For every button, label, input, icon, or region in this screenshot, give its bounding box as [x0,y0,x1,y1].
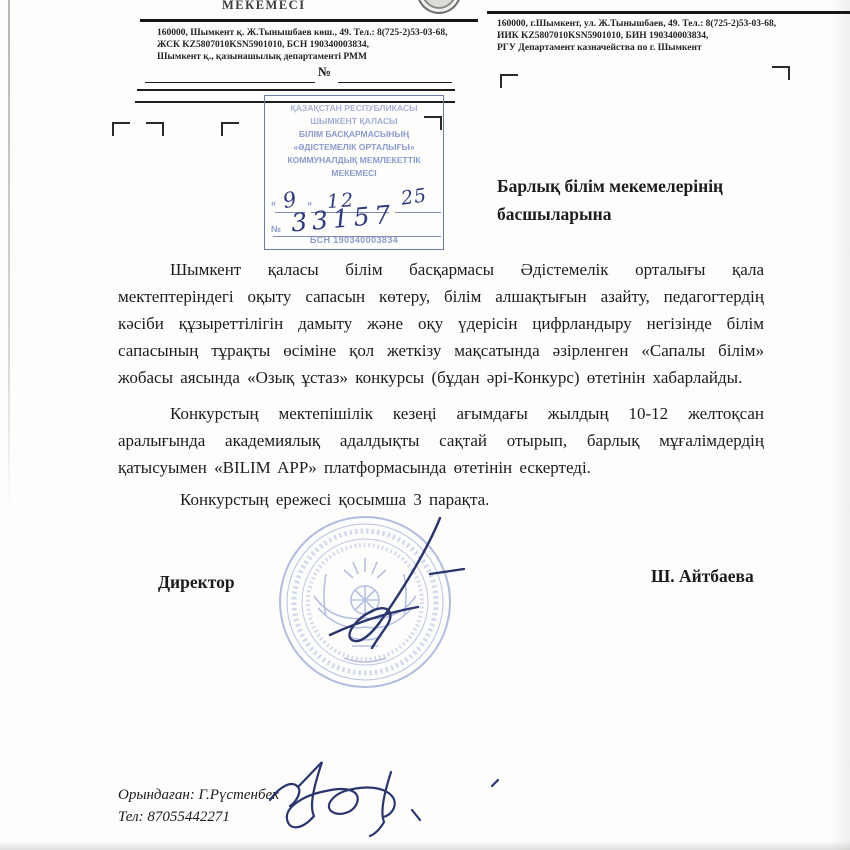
stamp-number-label: № [271,224,281,234]
letterhead-address-kazakh: 160000, Шымкент қ. Ж.Тынышбаев көш., 49.… [157,27,487,63]
letterhead-emblem-partial-icon [410,0,468,14]
executor-phone: Тел: 87055442271 [118,809,230,826]
address-line: РГУ Департамент казначейства по г. Шымке… [497,42,842,54]
scan-edge-artifact-bottom [0,841,850,850]
signer-name: Ш. Айтбаева [651,566,754,587]
executor-signature [262,756,502,841]
corner-mark [500,74,518,88]
body-paragraph-2: Конкурстың мектепішілік кезеңі ағымдағы … [118,400,764,481]
letterhead-rule-left [140,19,478,22]
scanned-letter-page: МЕКЕМЕСІ 160000, Шымкент қ. Ж.Тынышбаев … [0,0,850,850]
body-paragraph-3: Конкурстың ережесі қосымша 3 парақта. [118,486,764,513]
corner-mark [772,66,790,80]
handwritten-year: 25 [400,184,429,209]
address-line: 160000, г.Шымкент, ул. Ж.Тынышбаев, 49. … [497,18,842,30]
stamp-line: ҚАЗАҚСТАН РЕСПУБЛИКАСЫ [265,102,443,115]
addressee-block: Барлық білім мекемелерінің басшыларына [497,172,723,228]
emblem-circle-icon [416,0,462,14]
body-paragraph-1: Шымкент қаласы білім басқармасы Әдістеме… [118,256,764,391]
letterhead-address-russian: 160000, г.Шымкент, ул. Ж.Тынышбаев, 49. … [497,18,842,54]
scan-edge-artifact-left [8,0,10,510]
ref-date-blank-line [145,82,315,83]
address-line: ЖСК KZ5807010KSN5901010, БСН 19034000383… [157,39,487,51]
addressee-line: Барлық білім мекемелерінің [497,172,723,200]
address-line: ИИК KZ5807010KSN5901010, БИН 19034000383… [497,30,842,42]
stamp-line: МЕКЕМЕСІ [265,167,443,180]
stamp-bsn: БСН 190340003834 [265,235,443,245]
ref-number-label: № [318,64,331,80]
stamp-line: КОММУНАЛДЫҚ МЕМЛЕКЕТТІК [265,154,443,167]
signer-title: Директор [158,572,235,593]
stamp-line: «ӘДІСТЕМЕЛІК ОРТАЛЫҒЫ» [265,141,443,154]
stamp-line: БІЛІМ БАСҚАРМАСЫНЫҢ [265,128,443,141]
stamp-year-line [395,212,441,213]
letterhead-org-name-partial: МЕКЕМЕСІ [222,0,306,13]
address-line: Шымкент қ., қазынашылық департаменті РММ [157,51,487,63]
corner-mark [146,122,164,136]
director-signature [300,514,485,669]
letter-body: Шымкент қаласы білім басқармасы Әдістеме… [118,256,764,513]
executor-line: Орындаған: Г.Рүстенбек [118,787,279,804]
ref-number-blank-line [338,82,452,83]
registration-stamp-org-text: ҚАЗАҚСТАН РЕСПУБЛИКАСЫ ШЫМКЕНТ ҚАЛАСЫ БІ… [265,102,443,180]
addressee-line: басшыларына [497,200,723,228]
address-line: 160000, Шымкент қ. Ж.Тынышбаев көш., 49.… [157,27,487,39]
registration-stamp-box: ҚАЗАҚСТАН РЕСПУБЛИКАСЫ ШЫМКЕНТ ҚАЛАСЫ БІ… [264,95,444,250]
letterhead-rule-right [487,11,850,14]
divider-line-upper [137,89,455,91]
corner-mark [221,122,239,136]
handwritten-registration-number: 33157 [290,199,397,237]
stamp-line: ШЫМКЕНТ ҚАЛАСЫ [265,115,443,128]
stamp-quote-open: « [271,198,276,208]
scan-edge-artifact-right [830,0,850,850]
corner-mark [112,122,130,136]
